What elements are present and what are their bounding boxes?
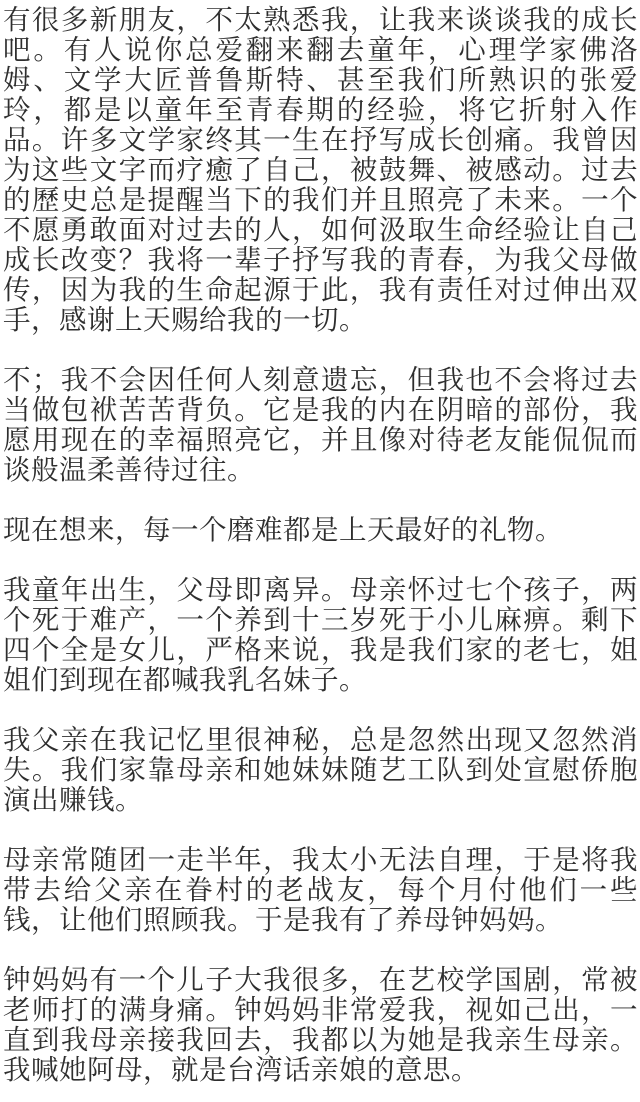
article-body: 有很多新朋友，不太熟悉我，让我来谈谈我的成长吧。有人说你总爱翻来翻去童年，心理学… (3, 5, 638, 1085)
paragraph: 现在想来，每一个磨难都是上天最好的礼物。 (3, 515, 638, 545)
paragraph: 母亲常随团一走半年，我太小无法自理，于是将我带去给父亲在眷村的老战友，每个月付他… (3, 845, 638, 935)
paragraph: 我父亲在我记忆里很神秘，总是忽然出现又忽然消失。我们家靠母亲和她妹妹随艺工队到处… (3, 725, 638, 815)
document-page: 有很多新朋友，不太熟悉我，让我来谈谈我的成长吧。有人说你总爱翻来翻去童年，心理学… (0, 0, 640, 1102)
paragraph: 有很多新朋友，不太熟悉我，让我来谈谈我的成长吧。有人说你总爱翻来翻去童年，心理学… (3, 5, 638, 335)
paragraph: 我童年出生，父母即离异。母亲怀过七个孩子，两个死于难产，一个养到十三岁死于小儿麻… (3, 575, 638, 695)
paragraph: 钟妈妈有一个儿子大我很多，在艺校学国剧，常被老师打的满身痛。钟妈妈非常爱我，视如… (3, 965, 638, 1085)
paragraph: 不；我不会因任何人刻意遗忘，但我也不会将过去当做包袱苦苦背负。它是我的内在阴暗的… (3, 365, 638, 485)
